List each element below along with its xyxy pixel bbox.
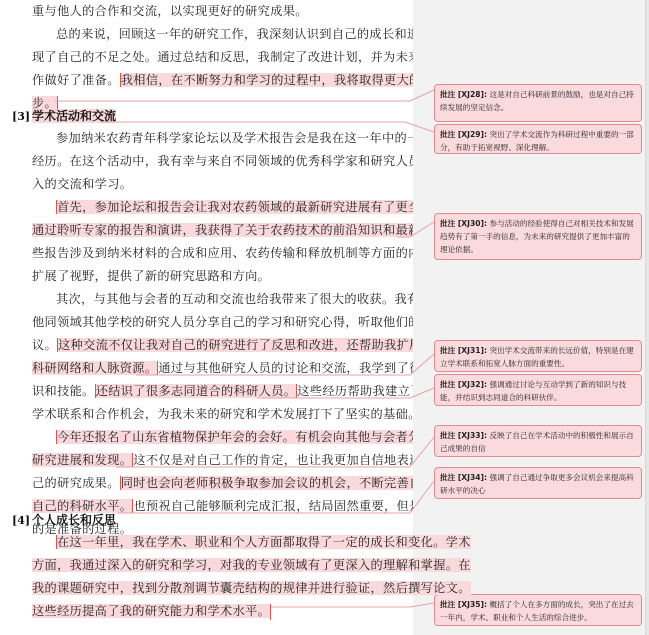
comment-xj32[interactable]: 批注 [XJ32]: 强调通过讨论与互动学到了新的知识与技能，并结识到志同道合的… bbox=[434, 374, 642, 406]
body-text-line: 方面，我通过深入的研究和学习，对我的专业领域有了更深入的理解和掌握。在 bbox=[32, 555, 471, 575]
comment-highlight-xj35[interactable]: 我的课题研究中，找到分散剂调节囊壳结构的规律并进行验证，然后撰写论文。 bbox=[32, 581, 471, 595]
comment-xj29[interactable]: 批注 [XJ29]: 突出了学术交流作为科研过程中重要的一部分，有助于拓宽视野、… bbox=[434, 124, 642, 154]
body-text-line: 这些经历提高了我的研究能力和学术水平。 bbox=[32, 601, 271, 621]
vertical-scrollbar[interactable] bbox=[645, 0, 649, 635]
comment-xj31[interactable]: 批注 [XJ31]: 突出学术交流带来的长远价值，特别是在建立学术联系和拓宽人脉… bbox=[434, 340, 642, 372]
comment-xj35[interactable]: 批注 [XJ35]: 概括了个人在多方面的成长，突出了在过去一年内，学术、职业和… bbox=[434, 594, 642, 626]
comment-highlight-xj35[interactable]: 在这一年里，我在学术、职业和个人方面都取得了一定的成长和变化。学术 bbox=[56, 535, 471, 549]
comment-highlight-xj35[interactable]: 这些经历提高了我的研究能力和学术水平。 bbox=[32, 604, 270, 618]
comment-xj34[interactable]: 批注 [XJ34]: 强调了自己通过争取更多会议机会来提高科研水平的决心 bbox=[434, 467, 642, 499]
body-text-line: 我的课题研究中，找到分散剂调节囊壳结构的规律并进行验证，然后撰写论文。 bbox=[32, 578, 471, 598]
comment-xj30[interactable]: 批注 [XJ30]: 参与活动的经验使得自己对相关技术和发展趋势有了第一手的信息… bbox=[434, 213, 642, 260]
body-text-line: 在这一年里，我在学术、职业和个人方面都取得了一定的成长和变化。学术 bbox=[56, 532, 471, 552]
comment-highlight-xj35[interactable]: 方面，我通过深入的研究和学习，对我的专业领域有了更深入的理解和掌握。在 bbox=[32, 558, 471, 572]
comment-xj33[interactable]: 批注 [XJ33]: 反映了自己在学术活动中的积极性和展示自己成果的自信 bbox=[434, 425, 642, 457]
section-heading-4: [4]个人成长和反思 bbox=[12, 510, 116, 530]
comment-xj28[interactable]: 批注 [XJ28]: 这是对自己科研前景的鼓励，也是对自己持续发展的坚定信念。 bbox=[434, 84, 642, 122]
